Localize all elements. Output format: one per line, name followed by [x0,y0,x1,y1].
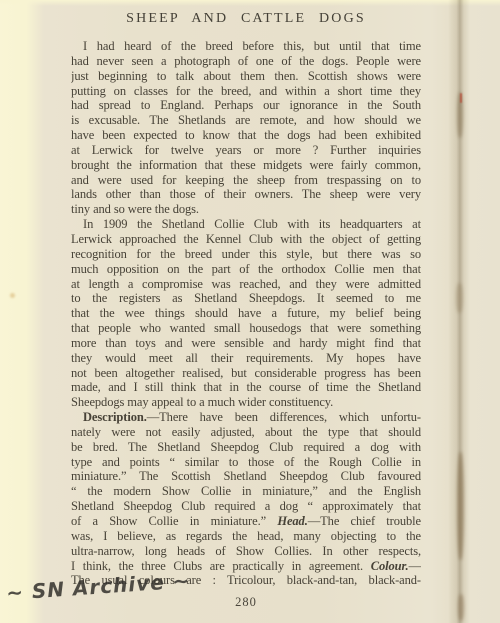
page-top-edge [0,0,500,6]
text-line: brought the information that these midge… [71,158,421,173]
paper-speck [10,293,15,298]
text-segment: Lerwick approached the Kennel Club with … [71,232,421,246]
text-line: miniature.” The Scottish Shetland Sheepd… [71,469,421,484]
book-scan: SHEEP AND CATTLE DOGS I had heard of the… [0,0,500,623]
text-line: type and points “ similar to those of th… [71,455,421,470]
text-line: made, and I still think that in the cour… [71,380,421,395]
text-line: more than toys and were sensible and har… [71,336,421,351]
text-line: lands other than those of their owners. … [71,187,421,202]
text-line: not been altogether realised, but consid… [71,366,421,381]
text-segment: Shetland Sheepdog Club required a dog “ … [71,499,421,513]
text-segment: have been expected to know that the dogs… [71,128,421,142]
text-line: is excusable. The Shetlands are remote, … [71,113,421,128]
text-segment: is excusable. The Shetlands are remote, … [71,113,421,127]
text-segment: that the wee things should have a future… [71,306,421,320]
text-segment: to the registers as Shetland Sheepdogs. … [71,291,421,305]
text-line: Sheepdogs may appeal to a much wider con… [71,395,421,410]
text-line: putting on classes for the breed, and wi… [71,84,421,99]
text-segment: nately were not easily adjusted, about t… [71,425,421,439]
text-line: was, I believe, as regards the head, man… [71,529,421,544]
text-segment: —The chief trouble [308,514,421,528]
text-segment: tiny and so were the dogs. [71,202,199,216]
text-segment: — [409,559,421,573]
text-segment: made, and I still think that in the cour… [71,380,421,394]
text-line: have been expected to know that the dogs… [71,128,421,143]
text-segment: type and points “ similar to those of th… [71,455,421,469]
text-segment: was, I believe, as regards the head, man… [71,529,421,543]
text-segment: Sheepdogs may appeal to a much wider con… [71,395,333,409]
text-line: had never seen a photograph of one of th… [71,54,421,69]
text-line: Lerwick approached the Kennel Club with … [71,232,421,247]
text-line: “ the modern Show Collie in miniature,” … [71,484,421,499]
text-segment: more than toys and were sensible and har… [71,336,421,350]
red-ink-mark [460,93,462,103]
text-segment: putting on classes for the breed, and wi… [71,84,421,98]
text-line: be bred. The Shetland Sheepdog Club requ… [71,440,421,455]
text-segment: be bred. The Shetland Sheepdog Club requ… [71,440,421,454]
emphasized-text: Head. [277,514,307,528]
text-segment: ultra-narrow, long heads of Show Collies… [71,544,421,558]
text-line: that people who wanted small housedogs t… [71,321,421,336]
text-line: had spread to England. Perhaps our ignor… [71,98,421,113]
text-segment: —There have been differences, which unfo… [147,410,421,424]
text-line: tiny and so were the dogs. [71,202,421,217]
text-line: at Lerwick for twelve years or more ? Fu… [71,143,421,158]
text-line: to the registers as Shetland Sheepdogs. … [71,291,421,306]
text-line: I think, the three Clubs are practically… [71,559,421,574]
text-segment: at Lerwick for twelve years or more ? Fu… [71,143,421,157]
gutter-smudge [457,452,464,560]
text-line: In 1909 the Shetland Collie Club with it… [71,217,421,232]
text-line: of a Show Collie in miniature.” Head.—Th… [71,514,421,529]
text-segment: brought the information that these midge… [71,158,421,172]
page-title: SHEEP AND CATTLE DOGS [71,11,421,27]
text-segment: In 1909 the Shetland Collie Club with it… [83,217,421,231]
text-line: and were used for keeping the sheep from… [71,173,421,188]
text-line: that the wee things should have a future… [71,306,421,321]
text-line: recognition for the breed under this sty… [71,247,421,262]
body-text: I had heard of the breed before this, bu… [71,39,421,588]
text-segment: lands other than those of their owners. … [71,187,421,201]
text-segment: I had heard of the breed before this, bu… [83,39,421,53]
text-segment: and were used for keeping the sheep from… [71,173,421,187]
emphasized-text: Description. [83,410,147,424]
gutter-smudge [456,283,463,313]
text-line: much opposition on the part of the ortho… [71,262,421,277]
text-segment: just beginning to talk about them then. … [71,69,421,83]
text-segment: much opposition on the part of the ortho… [71,262,421,276]
text-segment: recognition for the breed under this sty… [71,247,421,261]
text-line: just beginning to talk about them then. … [71,69,421,84]
text-segment: not been altogether realised, but consid… [71,366,421,380]
text-line: at length a compromise was reached, and … [71,277,421,292]
gutter-smudge [458,594,464,621]
text-segment: had spread to England. Perhaps our ignor… [71,98,421,112]
page-number: 280 [71,595,421,610]
text-segment: miniature.” The Scottish Shetland Sheepd… [71,469,421,483]
emphasized-text: Colour. [371,559,409,573]
text-line: ultra-narrow, long heads of Show Collies… [71,544,421,559]
text-line: nately were not easily adjusted, about t… [71,425,421,440]
text-segment: at length a compromise was reached, and … [71,277,421,291]
text-segment: “ the modern Show Collie in miniature,” … [71,484,421,498]
text-line: Description.—There have been differences… [71,410,421,425]
text-line: Shetland Sheepdog Club required a dog “ … [71,499,421,514]
text-segment: that people who wanted small housedogs t… [71,321,421,335]
text-segment: had never seen a photograph of one of th… [71,54,421,68]
text-line: they would meet all their requirements. … [71,351,421,366]
text-line: I had heard of the breed before this, bu… [71,39,421,54]
text-segment: they would meet all their requirements. … [71,351,421,365]
text-segment: of a Show Collie in miniature.” [71,514,277,528]
